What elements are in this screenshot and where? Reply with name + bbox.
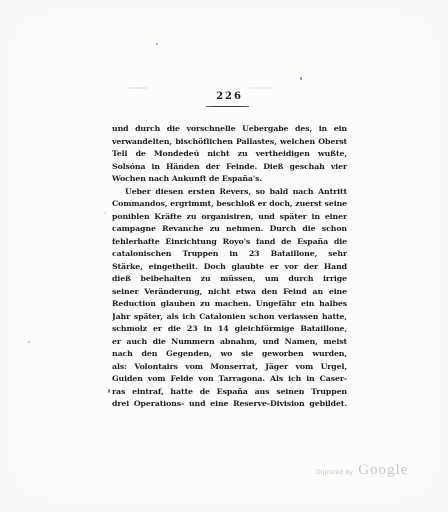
text-line: er auch die Nummern abnahm, und Namen, m… <box>112 336 347 349</box>
scan-speck <box>28 341 30 343</box>
watermark: Digitized by Google <box>316 462 408 479</box>
header-rule <box>206 106 249 107</box>
text-line: poniblen Kräfte zu organisiren, und spät… <box>112 211 347 224</box>
text-line: ras eintraf, hatte de España aus seinen … <box>112 386 347 399</box>
text-line: Commandos, ergrimmt, beschloß er doch, z… <box>112 198 347 211</box>
scan-speck <box>104 212 106 214</box>
scan-smudge <box>248 87 274 89</box>
text-line: Tell de Mondedeú nicht zu vertheidigen w… <box>112 148 347 161</box>
text-line: Guiden vom Felde von Tarragona. Als ich … <box>112 373 347 386</box>
text-line: Wochen nach Ankunft de España's. <box>112 173 347 186</box>
google-logo: Google <box>358 462 408 479</box>
text-line: schmolz er die 23 in 14 gleichförmige Ba… <box>112 323 347 336</box>
text-line: Solsóna in Händen der Feinde. Dieß gesch… <box>112 161 347 174</box>
scan-smudge <box>128 87 148 89</box>
scan-speck <box>156 43 158 45</box>
text-line: Jahr später, als ich Catalonien schon ve… <box>112 311 347 324</box>
text-line: und durch die vorschnelle Uebergabe des,… <box>112 123 347 136</box>
text-line: Stärke, eingetheilt. Doch glaubte er vor… <box>112 261 347 274</box>
text-line: Ueber diesen ersten Revers, so bald nach… <box>112 186 347 199</box>
scanned-book-page: 226 und durch die vorschnelle Uebergabe … <box>0 0 448 512</box>
scan-speck <box>108 389 111 393</box>
text-line: als: Volontairs vom Monserrat, Jäger vom… <box>112 361 347 374</box>
text-line: Reduction glauben zu machen. Ungefähr ei… <box>112 298 347 311</box>
text-line: campagne Revanche zu nehmen. Durch die s… <box>112 223 347 236</box>
text-line: drei Operations- und eine Reserve-Divisi… <box>112 398 347 411</box>
text-line: dieß beibehalten zu müssen, um durch irr… <box>112 273 347 286</box>
text-line: verwandelten, bischöflichen Pallastes, w… <box>112 136 347 149</box>
text-line: nach den Gegenden, wo sie geworben wurde… <box>112 348 347 361</box>
text-block: und durch die vorschnelle Uebergabe des,… <box>112 123 347 411</box>
text-line: fehlerhafte Einrichtung Royo's fand de E… <box>112 236 347 249</box>
scan-speck <box>300 77 302 80</box>
watermark-text: Digitized by <box>316 469 353 476</box>
text-line: seiner Veränderung, nicht etwa den Feind… <box>112 286 347 299</box>
text-line: catalonischen Truppen in 23 Bataillone, … <box>112 248 347 261</box>
page-number: 226 <box>112 91 347 102</box>
